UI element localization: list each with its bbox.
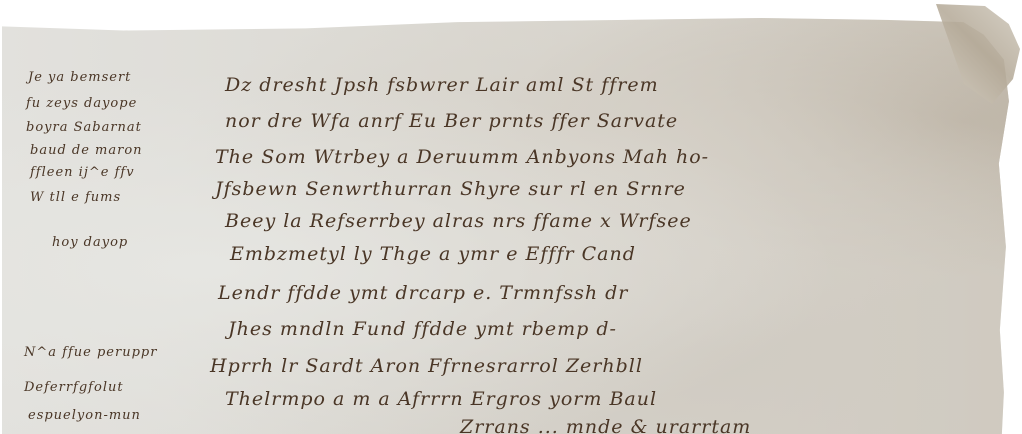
margin-note: espuelyon-mun <box>28 408 141 423</box>
margin-note: baud de maron <box>30 143 143 158</box>
body-line: Jhes mndln Fund ffdde ymt rbemp d- <box>228 318 617 340</box>
body-line: Dz dresht Jpsh fsbwrer Lair aml St ffrem <box>225 74 659 96</box>
margin-note: W tll e fums <box>30 190 121 205</box>
margin-note: hoy dayop <box>52 235 128 250</box>
margin-note: boyra Sabarnat <box>26 120 142 135</box>
body-line: nor dre Wfa anrf Eu Ber prnts ffer Sarva… <box>225 110 678 132</box>
body-line: The Som Wtrbey a Deruumm Anbyons Mah ho- <box>215 146 709 168</box>
body-line: Lendr ffdde ymt drcarp e. Trmnfssh dr <box>218 282 628 304</box>
margin-note: fu zeys dayope <box>26 96 137 111</box>
body-line: Embzmetyl ly Thge a ymr e Efffr Cand <box>230 243 636 265</box>
body-line: Jfsbewn Senwrthurran Shyre sur rl en Srn… <box>215 178 686 200</box>
margin-note: Je ya bemsert <box>28 70 131 85</box>
body-line: Beey la Refserrbey alras nrs ffame x Wrf… <box>225 210 692 232</box>
body-line: Hprrh lr Sardt Aron Ffrnesrarrol Zerhbll <box>210 355 643 377</box>
margin-note: N^a ffue peruppr <box>24 345 157 360</box>
body-line: Thelrmpo a m a Afrrrn Ergros yorm Baul <box>225 388 657 410</box>
margin-note: Deferrfgfolut <box>24 380 124 395</box>
body-line: Zrrans ... mnde & urarrtam <box>460 416 751 434</box>
margin-note: ffleen ij^e ffv <box>30 165 135 180</box>
